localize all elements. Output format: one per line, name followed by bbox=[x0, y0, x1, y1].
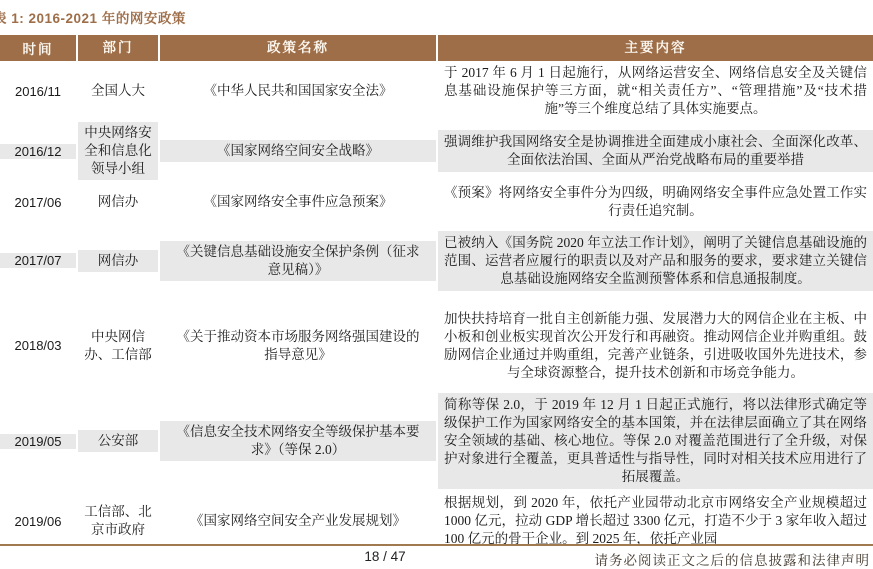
table-row: 2017/07 网信办 《关键信息基础设施安全保护条例（征求意见稿）》 已被纳入… bbox=[0, 223, 873, 298]
cell-content: 加快扶持培育一批自主创新能力强、发展潜力大的网信企业在主板、中小板和创业板实现首… bbox=[438, 307, 873, 385]
cell-dept: 中央网络安全和信息化领导小组 bbox=[78, 122, 160, 180]
cell-content: 强调维护我国网络安全是协调推进全面建成小康社会、全面深化改革、全面依法治国、全面… bbox=[438, 130, 873, 172]
report-page: 表 1: 2016-2021 年的网安政策 时间 部门 政策名称 主要内容 20… bbox=[0, 0, 873, 569]
col-header-time: 时间 bbox=[0, 35, 78, 61]
cell-dept: 中央网信办、工信部 bbox=[78, 326, 160, 366]
col-header-policy: 政策名称 bbox=[160, 35, 438, 61]
cell-policy: 《国家网络空间安全战略》 bbox=[160, 140, 438, 162]
table-row: 2018/03 中央网信办、工信部 《关于推动资本市场服务网络强国建设的指导意见… bbox=[0, 298, 873, 393]
cell-content: 《预案》将网络安全事件分为四级，明确网络安全事件应急处置工作实行责任追究制。 bbox=[438, 181, 873, 223]
cell-content: 根据规划，到 2020 年，依托产业园带动北京市网络安全产业规模超过 1000 … bbox=[438, 491, 873, 551]
cell-policy: 《国家网络安全事件应急预案》 bbox=[160, 191, 438, 213]
cell-content: 已被纳入《国务院 2020 年立法工作计划》，阐明了关键信息基础设施的范围、运营… bbox=[438, 231, 873, 291]
cell-policy: 《国家网络空间安全产业发展规划》 bbox=[160, 510, 438, 532]
cell-content: 于 2017 年 6 月 1 日起施行，从网络运营安全、网络信息安全及关键信息基… bbox=[438, 61, 873, 121]
footer-divider bbox=[0, 544, 873, 546]
policy-table: 时间 部门 政策名称 主要内容 2016/11 全国人大 《中华人民共和国国家安… bbox=[0, 35, 873, 553]
footer-disclaimer: 请务必阅读正文之后的信息披露和法律声明 bbox=[595, 549, 871, 569]
cell-policy: 《关键信息基础设施安全保护条例（征求意见稿）》 bbox=[160, 241, 438, 281]
cell-time: 2018/03 bbox=[0, 338, 78, 353]
cell-time: 2016/11 bbox=[0, 84, 78, 99]
cell-time: 2017/07 bbox=[0, 253, 78, 268]
cell-dept: 网信办 bbox=[78, 191, 160, 213]
table-row: 2016/12 中央网络安全和信息化领导小组 《国家网络空间安全战略》 强调维护… bbox=[0, 121, 873, 181]
cell-dept: 工信部、北京市政府 bbox=[78, 501, 160, 541]
cell-content: 简称等保 2.0，于 2019 年 12 月 1 日起正式施行，将以法律形式确定… bbox=[438, 393, 873, 489]
col-header-dept: 部门 bbox=[78, 35, 160, 61]
page-number: 18 / 47 bbox=[330, 549, 440, 564]
table-row: 2019/05 公安部 《信息安全技术网络安全等级保护基本要求》（等保 2.0）… bbox=[0, 393, 873, 489]
cell-dept: 公安部 bbox=[78, 430, 160, 452]
cell-policy: 《关于推动资本市场服务网络强国建设的指导意见》 bbox=[160, 326, 438, 366]
cell-dept: 网信办 bbox=[78, 250, 160, 272]
table-header-row: 时间 部门 政策名称 主要内容 bbox=[0, 35, 873, 61]
cell-time: 2019/06 bbox=[0, 514, 78, 529]
cell-dept: 全国人大 bbox=[78, 80, 160, 102]
table-title: 表 1: 2016-2021 年的网安政策 bbox=[0, 7, 873, 27]
cell-policy: 《中华人民共和国国家安全法》 bbox=[160, 80, 438, 102]
cell-time: 2017/06 bbox=[0, 195, 78, 210]
col-header-content: 主要内容 bbox=[438, 35, 873, 61]
cell-policy: 《信息安全技术网络安全等级保护基本要求》（等保 2.0） bbox=[160, 421, 438, 461]
table-row: 2016/11 全国人大 《中华人民共和国国家安全法》 于 2017 年 6 月… bbox=[0, 61, 873, 121]
cell-time: 2019/05 bbox=[0, 434, 78, 449]
cell-time: 2016/12 bbox=[0, 144, 78, 159]
table-row: 2017/06 网信办 《国家网络安全事件应急预案》 《预案》将网络安全事件分为… bbox=[0, 181, 873, 223]
